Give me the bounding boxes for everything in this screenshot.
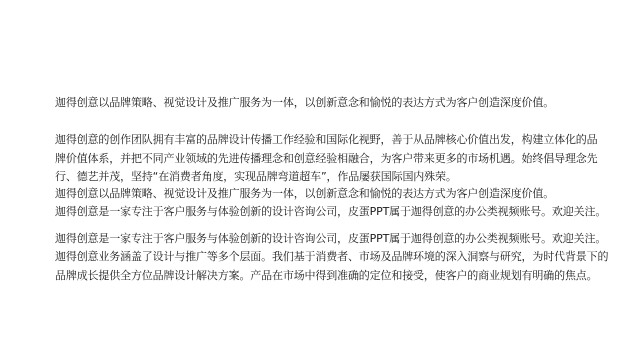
text-line: 迦得创意的创作团队拥有丰富的品牌设计传播工作经验和国际化视野，善于从品牌核心价值… xyxy=(55,133,598,147)
text-line: 品牌成长提供全方位品牌设计解决方案。产品在市场中得到准确的定位和接受，使客户的商… xyxy=(55,269,598,283)
text-line: 牌价值体系，并把不同产业领域的先进传播理念和创意经验相融合，为客户带来更多的市场… xyxy=(55,152,598,166)
text-line: 迦得创意是一家专注于客户服务与体验创新的设计咨询公司，皮蛋PPT属于迦得创意的办… xyxy=(55,232,606,246)
text-line: 迦得创意以品牌策略、视觉设计及推广服务为一体，以创新意念和愉悦的表达方式为客户创… xyxy=(55,96,554,110)
text-line: 迦得创意业务涵盖了设计与推广等多个层面。我们基于消费者、市场及品牌环境的深入洞察… xyxy=(55,250,608,264)
text-line: 行、德艺并茂，坚持“在消费者角度，实现品牌弯道超车”，作品屡获国际国内殊荣。 xyxy=(55,170,457,184)
text-line: 迦得创意是一家专注于客户服务与体验创新的设计咨询公司，皮蛋PPT属于迦得创意的办… xyxy=(55,205,606,219)
text-line: 迦得创意以品牌策略、视觉设计及推广服务为一体，以创新意念和愉悦的表达方式为客户创… xyxy=(55,187,554,201)
